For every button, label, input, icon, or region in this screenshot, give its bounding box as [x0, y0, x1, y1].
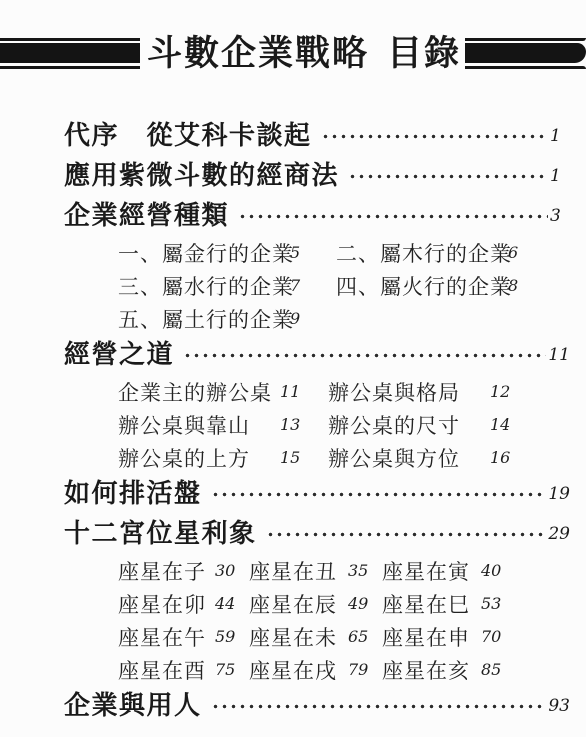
dot-leader: [209, 474, 547, 514]
sub-entry-label: 一、屬金行的企業: [118, 238, 290, 268]
sub-entry-page: 14: [490, 415, 570, 434]
dot-leader: [319, 116, 548, 156]
book-toc-page: 斗數企業戰略目錄 代序 從艾科卡談起 1 應用紫微斗數的經商法 1 企業經營種類…: [0, 0, 586, 737]
sub-entries-palaces: 座星在子 30 座星在丑 35 座星在寅 40 座星在卯 44 座星在辰 49 …: [64, 554, 570, 686]
rule-line: [465, 38, 586, 41]
toc-entry-chart: 如何排活盤 19: [64, 474, 570, 514]
sub-entries-business-types: 一、屬金行的企業 5 二、屬木行的企業 6 三、屬水行的企業 7 四、屬火行的企…: [64, 236, 570, 335]
sub-entry-page: 59: [215, 627, 249, 646]
dot-leader: [236, 196, 548, 236]
toc-entry-preface: 代序 從艾科卡談起 1: [64, 116, 570, 156]
sub-entry-page: 11: [280, 382, 328, 401]
book-title: 斗數企業戰略: [147, 34, 369, 73]
sub-entry-page: 40: [481, 561, 570, 580]
sub-entry-label: 企業主的辦公桌: [118, 377, 280, 407]
sub-entry-page: 16: [490, 448, 570, 467]
toc-entry-page: 29: [546, 524, 570, 544]
sub-entry-page: 7: [290, 276, 336, 295]
sub-entry-page: 70: [481, 627, 570, 646]
header-bar-right-decoration: [465, 35, 586, 71]
sub-entry-label: 座星在辰: [249, 589, 348, 619]
sub-entry-page: 12: [490, 382, 570, 401]
chapter-header: 斗數企業戰略目錄: [0, 0, 586, 73]
sub-entry-page: 6: [508, 243, 570, 262]
sub-entry-page: 79: [348, 660, 382, 679]
toc-entry-label: 企業經營種類: [64, 203, 229, 229]
toc-section-label: 目錄: [387, 34, 461, 73]
sub-entry-label: 座星在卯: [118, 589, 215, 619]
sub-entry-label: 座星在巳: [382, 589, 481, 619]
sub-entry-page: 13: [280, 415, 328, 434]
dot-leader: [181, 335, 546, 375]
sub-entry-label: 座星在丑: [249, 556, 348, 586]
sub-entry-label: 辦公桌與方位: [328, 443, 490, 473]
sub-entry-label: 二、屬木行的企業: [336, 238, 508, 268]
rule-line: [0, 66, 140, 69]
toc-entry-management: 經營之道 11: [64, 335, 570, 375]
toc-entry-label: 企業與用人: [64, 693, 202, 719]
sub-entry-label: 座星在酉: [118, 655, 215, 685]
sub-entry-page: 5: [290, 243, 336, 262]
toc-entry-page: 1: [548, 166, 570, 186]
toc-entry-page: 11: [546, 345, 570, 365]
sub-entry-label: 座星在亥: [382, 655, 481, 685]
sub-entry-label: 座星在寅: [382, 556, 481, 586]
toc-entry-twelve-palaces: 十二宮位星利象 29: [64, 514, 570, 554]
toc-entry-page: 3: [548, 206, 570, 226]
sub-entry-page: 8: [508, 276, 570, 295]
black-band: [0, 43, 140, 63]
toc-entry-label: 如何排活盤: [64, 481, 202, 507]
dot-leader: [264, 514, 547, 554]
dot-leader: [346, 156, 548, 196]
toc-entry-label: 應用紫微斗數的經商法: [64, 163, 339, 189]
sub-entry-label: 座星在午: [118, 622, 215, 652]
sub-entry-label: 座星在戌: [249, 655, 348, 685]
header-bar-left-decoration: [0, 35, 140, 71]
toc-entry-page: 1: [548, 126, 570, 146]
sub-entry-label: 四、屬火行的企業: [336, 271, 508, 301]
sub-entry-page: 75: [215, 660, 249, 679]
sub-entry-label: 座星在子: [118, 556, 215, 586]
sub-entry-page: 44: [215, 594, 249, 613]
sub-entry-page: 9: [290, 309, 336, 328]
sub-entry-label: 辦公桌的上方: [118, 443, 280, 473]
table-of-contents: 代序 從艾科卡談起 1 應用紫微斗數的經商法 1 企業經營種類 3 一、屬金行的…: [0, 73, 586, 726]
toc-entry-label: 十二宮位星利象: [64, 521, 257, 547]
sub-entry-page: 35: [348, 561, 382, 580]
sub-entry-page: 65: [348, 627, 382, 646]
sub-entry-label: 五、屬土行的企業: [118, 304, 290, 334]
sub-entry-label: 三、屬水行的企業: [118, 271, 290, 301]
rule-line: [0, 38, 140, 41]
sub-entry-page: 49: [348, 594, 382, 613]
sub-entry-label: 座星在申: [382, 622, 481, 652]
sub-entry-label: 辦公桌與格局: [328, 377, 490, 407]
sub-entry-page: 15: [280, 448, 328, 467]
black-band: [465, 43, 586, 63]
dot-leader: [209, 686, 547, 726]
toc-entry-page: 19: [546, 484, 570, 504]
rule-line: [465, 66, 586, 69]
toc-entry-page: 93: [546, 696, 570, 716]
sub-entry-page: 30: [215, 561, 249, 580]
toc-entry-label: 經營之道: [64, 342, 174, 368]
sub-entry-label: 座星在未: [249, 622, 348, 652]
toc-entry-application: 應用紫微斗數的經商法 1: [64, 156, 570, 196]
toc-entry-label: 代序 從艾科卡談起: [64, 123, 312, 149]
sub-entry-page: 85: [481, 660, 570, 679]
toc-entry-business-types: 企業經營種類 3: [64, 196, 570, 236]
sub-entry-label: 辦公桌與靠山: [118, 410, 280, 440]
toc-entry-personnel: 企業與用人 93: [64, 686, 570, 726]
page-title: 斗數企業戰略目錄: [140, 36, 465, 71]
sub-entries-desk: 企業主的辦公桌 11 辦公桌與格局 12 辦公桌與靠山 13 辦公桌的尺寸 14…: [64, 375, 570, 474]
sub-entry-page: 53: [481, 594, 570, 613]
sub-entry-label: 辦公桌的尺寸: [328, 410, 490, 440]
